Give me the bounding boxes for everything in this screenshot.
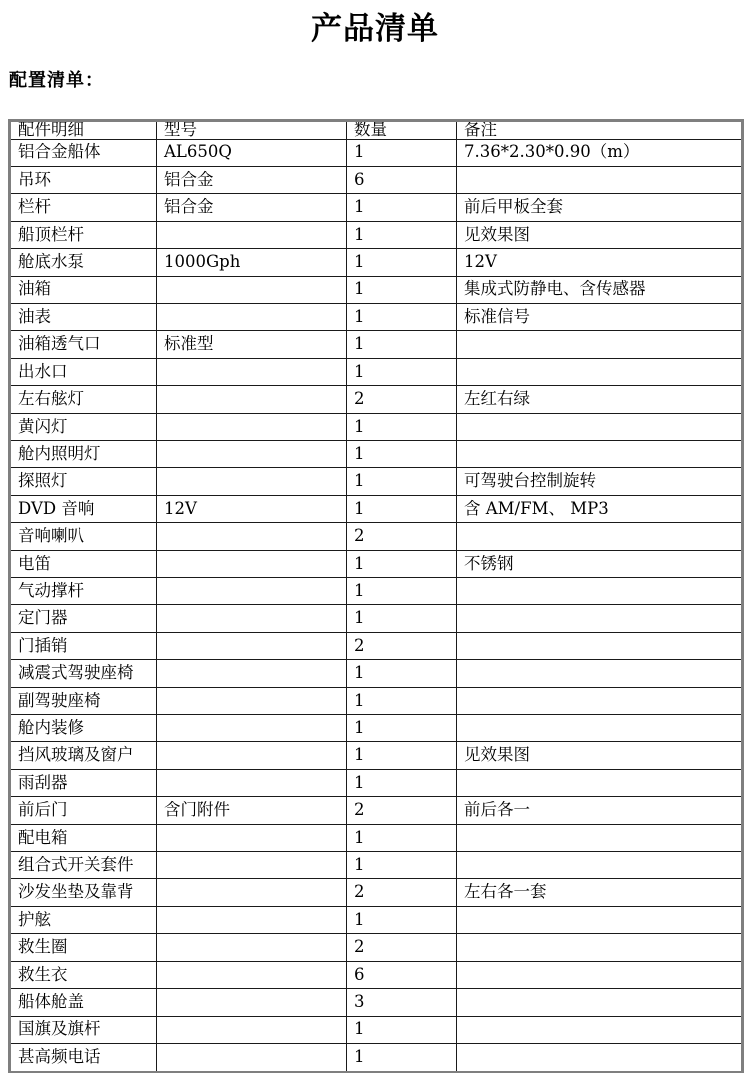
table-row: 挡风玻璃及窗户1见效果图 [10,742,743,769]
table-cell: 油箱 [10,276,157,303]
table-cell: 不锈钢 [457,550,743,577]
table-cell [157,1043,347,1072]
table-cell: 2 [347,879,457,906]
table-row: 舱内照明灯1 [10,440,743,467]
table-cell: 配电箱 [10,824,157,851]
table-cell: 电笛 [10,550,157,577]
document-page: 产品清单 配置清单： 配件明细型号数量备注 铝合金船体AL650Q17.36*2… [0,0,750,1073]
table-cell: 1 [347,1016,457,1043]
table-row: 前后门含门附件2前后各一 [10,797,743,824]
table-cell: 见效果图 [457,221,743,248]
table-cell [157,303,347,330]
table-cell: 1 [347,1043,457,1072]
table-cell: 1 [347,687,457,714]
table-row: 门插销2 [10,632,743,659]
table-cell: 1 [347,769,457,796]
table-cell: 黄闪灯 [10,413,157,440]
table-cell: 减震式驾驶座椅 [10,660,157,687]
table-cell [157,221,347,248]
table-row: 沙发坐垫及靠背2左右各一套 [10,879,743,906]
table-cell: 护舷 [10,906,157,933]
table-cell: 2 [347,386,457,413]
table-row: 出水口1 [10,358,743,385]
column-header: 配件明细 [10,121,157,140]
table-cell: 7.36*2.30*0.90（m） [457,139,743,166]
table-cell [157,961,347,988]
column-header: 型号 [157,121,347,140]
table-cell: 救生圈 [10,934,157,961]
table-cell: 2 [347,934,457,961]
table-cell: 标准型 [157,331,347,358]
table-cell [157,824,347,851]
table-row: 左右舷灯2左红右绿 [10,386,743,413]
table-cell: 1 [347,194,457,221]
table-cell: 1 [347,824,457,851]
table-cell: 前后甲板全套 [457,194,743,221]
table-cell [157,413,347,440]
table-cell: 2 [347,632,457,659]
table-cell [457,331,743,358]
table-cell: 1 [347,852,457,879]
table-cell: 1 [347,413,457,440]
table-cell [157,769,347,796]
table-row: 船体舱盖3 [10,989,743,1016]
table-cell [157,1016,347,1043]
table-cell: 1 [347,221,457,248]
table-cell [457,358,743,385]
table-cell: 1 [347,906,457,933]
table-cell: 集成式防静电、含传感器 [457,276,743,303]
table-cell: 吊环 [10,166,157,193]
table-cell [457,413,743,440]
table-cell: 12V [457,249,743,276]
table-cell [157,550,347,577]
table-row: 气动撑杆1 [10,578,743,605]
table-cell: 1 [347,495,457,522]
table-cell: 雨刮器 [10,769,157,796]
table-cell: 标准信号 [457,303,743,330]
table-row: 栏杆铝合金1前后甲板全套 [10,194,743,221]
table-cell: DVD 音响 [10,495,157,522]
table-cell: 舱内装修 [10,715,157,742]
table-cell: 左红右绿 [457,386,743,413]
table-cell: 1 [347,249,457,276]
table-cell [457,660,743,687]
table-cell: 1 [347,578,457,605]
table-cell: 副驾驶座椅 [10,687,157,714]
table-cell: 舱底水泵 [10,249,157,276]
table-cell: 甚高频电话 [10,1043,157,1072]
table-row: 铝合金船体AL650Q17.36*2.30*0.90（m） [10,139,743,166]
table-cell [457,1043,743,1072]
table-cell [457,769,743,796]
section-label: 配置清单： [9,66,750,92]
table-cell: 定门器 [10,605,157,632]
table-cell [457,824,743,851]
table-cell: 1 [347,139,457,166]
table-row: 油箱1集成式防静电、含传感器 [10,276,743,303]
table-cell: 1 [347,331,457,358]
header-row: 配件明细型号数量备注 [10,121,743,140]
table-cell [157,906,347,933]
table-cell: 2 [347,797,457,824]
table-cell: 12V [157,495,347,522]
table-cell: 左右各一套 [457,879,743,906]
table-cell [157,687,347,714]
table-cell [157,632,347,659]
table-row: 甚高频电话1 [10,1043,743,1072]
table-row: 组合式开关套件1 [10,852,743,879]
table-row: 电笛1不锈钢 [10,550,743,577]
table-cell: 国旗及旗杆 [10,1016,157,1043]
table-row: 音响喇叭2 [10,523,743,550]
table-cell: 铝合金 [157,166,347,193]
table-cell [157,989,347,1016]
table-row: 救生圈2 [10,934,743,961]
table-cell: 铝合金 [157,194,347,221]
table-cell: 左右舷灯 [10,386,157,413]
table-row: 护舷1 [10,906,743,933]
table-cell: 1 [347,276,457,303]
table-cell [457,906,743,933]
table-row: 黄闪灯1 [10,413,743,440]
table-cell [457,578,743,605]
table-cell: 舱内照明灯 [10,440,157,467]
table-row: DVD 音响12V1含 AM/FM、 MP3 [10,495,743,522]
table-cell [157,715,347,742]
table-cell: 3 [347,989,457,1016]
table-cell [157,578,347,605]
table-cell: 1 [347,605,457,632]
table-cell [157,660,347,687]
table-row: 救生衣6 [10,961,743,988]
table-row: 探照灯1可驾驶台控制旋转 [10,468,743,495]
table-cell [157,440,347,467]
table-cell: 油表 [10,303,157,330]
table-cell [457,605,743,632]
table-cell [157,605,347,632]
table-cell [457,852,743,879]
table-cell: 1 [347,358,457,385]
table-row: 舱底水泵1000Gph112V [10,249,743,276]
table-cell [157,386,347,413]
table-cell [157,468,347,495]
table-cell [457,989,743,1016]
table-cell [457,523,743,550]
table-cell: 油箱透气口 [10,331,157,358]
table-row: 船顶栏杆1见效果图 [10,221,743,248]
table-cell [457,961,743,988]
table-cell: 音响喇叭 [10,523,157,550]
table-row: 定门器1 [10,605,743,632]
table-cell [157,742,347,769]
table-row: 配电箱1 [10,824,743,851]
table-cell [457,166,743,193]
table-row: 吊环铝合金6 [10,166,743,193]
table-body: 铝合金船体AL650Q17.36*2.30*0.90（m）吊环铝合金6栏杆铝合金… [10,139,743,1073]
table-row: 油箱透气口标准型1 [10,331,743,358]
table-cell: 组合式开关套件 [10,852,157,879]
column-header: 数量 [347,121,457,140]
table-cell [457,687,743,714]
table-cell: 6 [347,961,457,988]
table-cell: 2 [347,523,457,550]
table-cell [157,852,347,879]
table-row: 国旗及旗杆1 [10,1016,743,1043]
table-cell: 1 [347,468,457,495]
table-cell [457,1016,743,1043]
table-cell: 气动撑杆 [10,578,157,605]
table-cell: AL650Q [157,139,347,166]
table-cell: 1 [347,660,457,687]
table-cell: 门插销 [10,632,157,659]
table-cell [157,879,347,906]
page-title: 产品清单 [0,0,750,53]
table-cell: 前后各一 [457,797,743,824]
config-table: 配件明细型号数量备注 铝合金船体AL650Q17.36*2.30*0.90（m）… [8,119,744,1073]
table-header: 配件明细型号数量备注 [10,121,743,140]
table-cell: 救生衣 [10,961,157,988]
table-cell [457,632,743,659]
table-cell: 船顶栏杆 [10,221,157,248]
table-cell [157,358,347,385]
table-cell: 出水口 [10,358,157,385]
table-cell: 沙发坐垫及靠背 [10,879,157,906]
table-cell: 1 [347,715,457,742]
table-cell: 见效果图 [457,742,743,769]
table-cell: 前后门 [10,797,157,824]
table-row: 舱内装修1 [10,715,743,742]
table-cell: 探照灯 [10,468,157,495]
table-cell: 1 [347,742,457,769]
table-cell: 含 AM/FM、 MP3 [457,495,743,522]
column-header: 备注 [457,121,743,140]
table-cell [157,934,347,961]
table-cell [457,440,743,467]
table-cell: 1 [347,303,457,330]
table-cell [157,276,347,303]
table-cell [457,934,743,961]
table-cell: 船体舱盖 [10,989,157,1016]
table-cell: 可驾驶台控制旋转 [457,468,743,495]
table-row: 油表1标准信号 [10,303,743,330]
table-cell: 铝合金船体 [10,139,157,166]
table-cell: 6 [347,166,457,193]
table-cell: 1000Gph [157,249,347,276]
table-cell: 含门附件 [157,797,347,824]
table-cell [457,715,743,742]
table-cell: 栏杆 [10,194,157,221]
table-row: 雨刮器1 [10,769,743,796]
table-cell: 挡风玻璃及窗户 [10,742,157,769]
table-row: 副驾驶座椅1 [10,687,743,714]
table-cell: 1 [347,550,457,577]
table-cell [157,523,347,550]
table-row: 减震式驾驶座椅1 [10,660,743,687]
table-cell: 1 [347,440,457,467]
